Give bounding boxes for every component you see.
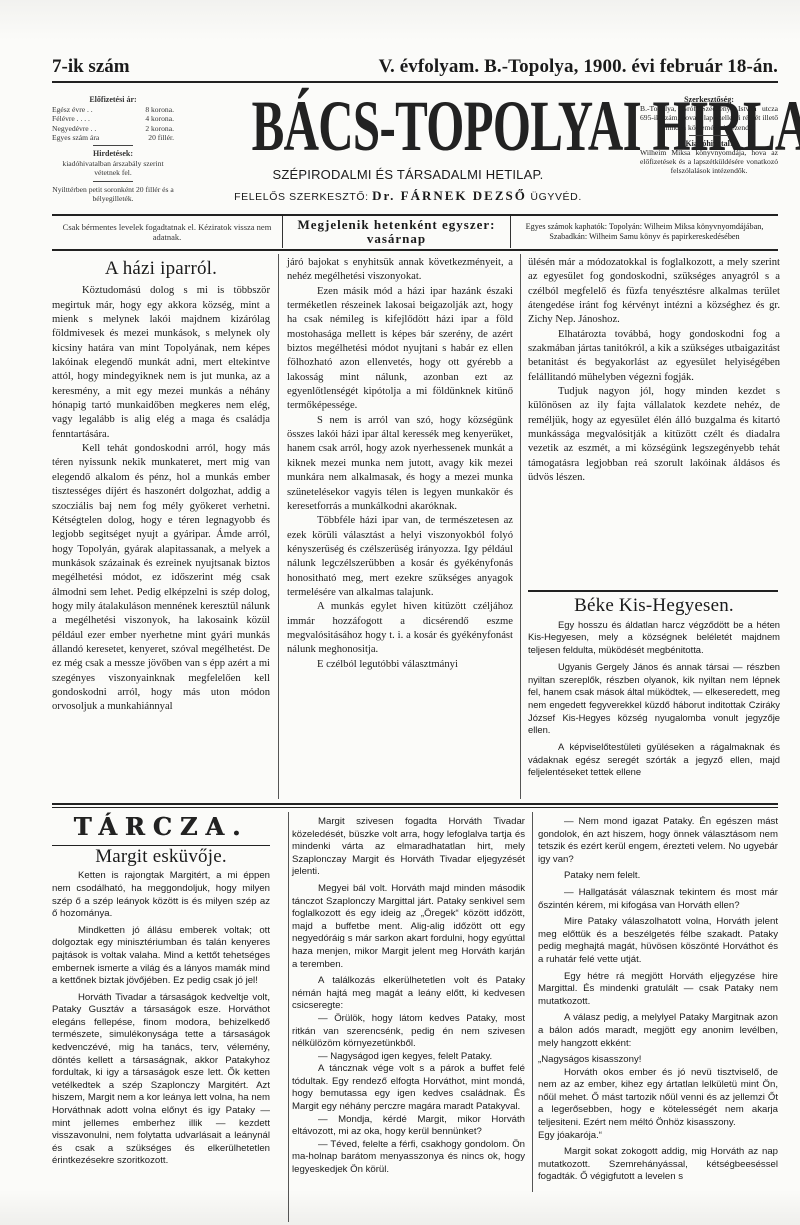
letters-notice: Csak bérmentes levelek fogadtatnak el. K… [52, 216, 282, 248]
feuilleton-heading: TÁRCZA. [52, 812, 270, 841]
nyilter-text: Nyilttérben petit soronként 20 fillér és… [52, 185, 174, 203]
infobar-rule [52, 249, 778, 251]
paragraph: Pataky nem felelt. [538, 870, 778, 883]
publisher-heading: Kiadóhivatal: [640, 139, 778, 148]
paragraph: A találkozás elkerülhetetlen volt és Pat… [292, 975, 525, 1013]
paragraph: Ezen másik mód a házi ipar hazánk északi… [287, 285, 513, 414]
feuilleton-rule-thin [52, 807, 778, 808]
article-2: Béke Kis-Hegyesen. Egy hosszu és áldatla… [528, 600, 780, 779]
feuilleton-rule [52, 803, 778, 805]
price-row: Egész évre . .8 korona. [52, 105, 174, 114]
paragraph: A munkás egylet hiven kitüzött czéljához… [287, 600, 513, 657]
paragraph: — Mondja, kérdé Margit, mikor Horváth el… [292, 1114, 525, 1139]
column-divider [532, 812, 533, 1192]
paragraph: A táncznak vége volt s a párok a buffet … [292, 1063, 525, 1113]
article-title: Béke Kis-Hegyesen. [528, 600, 780, 613]
paragraph: Elhatározta továbbá, hogy gondoskodni fo… [528, 328, 780, 385]
column-divider [288, 812, 289, 1222]
header-rule [52, 81, 778, 83]
paragraph: — Hallgatását válasznak tekintem és most… [538, 887, 778, 912]
issue-line: 7-ik szám V. évfolyam. B.-Topolya, 1900.… [52, 56, 778, 78]
paragraph: Ketten is rajongtak Margitért, a mi éppe… [52, 870, 270, 920]
letter-signature: Egy jóakarója.“ [538, 1130, 778, 1143]
masthead: BÁCS-TOPOLYAI HIRLAP. SZÉPIRODALMI ÉS TÁ… [178, 95, 638, 204]
article-column-1: A házi iparról. Köztudomású dolog s mi i… [52, 258, 270, 715]
subscription-box: Előfizetési ár: Egész évre . .8 korona. … [52, 95, 174, 203]
paragraph: Többféle házi ipar van, de természetesen… [287, 514, 513, 600]
paragraph: A válasz pedig, a melylyel Pataky Margit… [538, 1012, 778, 1050]
divider [93, 145, 133, 146]
newspaper-title: BÁCS-TOPOLYAI HIRLAP. [252, 95, 565, 157]
ads-heading: Hirdetések: [52, 149, 174, 158]
paragraph: Kell tehát gondoskodni arról, hogy más t… [52, 442, 270, 715]
price-row: Félévre . . . .4 korona. [52, 114, 174, 123]
feuilleton-column-3: — Nem mond igazat Pataky. Én egészen más… [538, 816, 778, 1184]
story-title: Margit esküvője. [52, 850, 270, 864]
editor-line: FELELŐS SZERKESZTŐ: Dr. FÁRNEK DEZSŐ ÜGY… [178, 188, 638, 204]
paragraph: Horváth Tivadar a társaságok kedveltje v… [52, 992, 270, 1168]
letter-body: Horváth okos ember és jó nevü tisztvisel… [538, 1067, 778, 1130]
paragraph: Mindketten jó állásu emberek voltak; ott… [52, 925, 270, 988]
paragraph: — Téved, felelte a férfi, csakhogy gondo… [292, 1139, 525, 1177]
paragraph: Köztudomású dolog s mi is többször megir… [52, 284, 270, 442]
editorial-office-box: Szerkesztőség: B.-Topolya, Gróf Szécheny… [640, 95, 778, 176]
publisher-text: Wilheim Miksa könyvnyomdája, hova az elő… [640, 148, 778, 176]
issue-number: 7-ik szám [52, 56, 130, 78]
paragraph: Mire Pataky válaszolhatott volna, Horvát… [538, 916, 778, 966]
newspaper-subtitle: SZÉPIRODALMI ÉS TÁRSADALMI HETILAP. [178, 167, 638, 182]
ads-text: kiadóhivatalban árszabály szerint vétetn… [52, 159, 174, 177]
paragraph: S nem is arról van szó, hogy községünk ö… [287, 414, 513, 514]
paragraph: A képviselőtestületi gyüléseken a rágalm… [528, 741, 780, 779]
divider [689, 135, 729, 136]
feuilleton-column-1: Margit esküvője. Ketten is rajongtak Mar… [52, 850, 270, 1168]
editorial-heading: Szerkesztőség: [640, 95, 778, 104]
subscription-heading: Előfizetési ár: [52, 95, 174, 104]
paragraph: ülésén már a módozatokkal is foglalkozot… [528, 256, 780, 328]
sales-notice: Egyes számok kaphatók: Topolyán: Wilheim… [510, 216, 778, 248]
publication-notice: Megjelenik hetenként egyszer: vasárnap [282, 216, 510, 248]
paragraph: Ugyanis Gergely János és annak társai — … [528, 661, 780, 737]
paragraph: Egy hosszu és áldatlan harcz végződött b… [528, 619, 780, 657]
paragraph: Tudjuk nagyon jól, hogy minden kezdet s … [528, 385, 780, 485]
paragraph: járó bajokat s enyhitsük annak következm… [287, 256, 513, 285]
feuilleton-column-2: Margit szivesen fogadta Horváth Tivadar … [292, 816, 525, 1177]
article-title: A házi iparról. [52, 262, 270, 276]
article-column-3: ülésén már a módozatokkal is foglalkozot… [528, 256, 780, 486]
paragraph: — Nem mond igazat Pataky. Én egészen más… [538, 816, 778, 866]
editorial-text: B.-Topolya, Gróf Széchenyi István utcza … [640, 104, 778, 132]
dateline: V. évfolyam. B.-Topolya, 1900. évi febru… [379, 56, 778, 78]
paragraph: Margit szivesen fogadta Horváth Tivadar … [292, 816, 525, 879]
price-row: Negyedévre . .2 korona. [52, 124, 174, 133]
divider [93, 181, 133, 182]
paragraph: Margit sokat zokogott addig, mig Horváth… [538, 1146, 778, 1184]
paragraph: Megyei bál volt. Horváth majd minden más… [292, 883, 525, 971]
price-row: Egyes szám ára20 fillér. [52, 133, 174, 142]
paragraph: Egy hétre rá megjött Horváth eljegyzése … [538, 971, 778, 1009]
paragraph: — Örülök, hogy látom kedves Pataky, most… [292, 1013, 525, 1051]
column-divider [520, 254, 521, 799]
paragraph: E czélból legutóbbi választmányi [287, 658, 513, 672]
letter-salutation: „Nagyságos kisasszony! [538, 1054, 778, 1067]
newspaper-page: 7-ik szám V. évfolyam. B.-Topolya, 1900.… [0, 0, 800, 1225]
info-bar: Csak bérmentes levelek fogadtatnak el. K… [52, 216, 778, 248]
editor-name: Dr. FÁRNEK DEZSŐ [372, 188, 527, 203]
article-column-2: járó bajokat s enyhitsük annak következm… [287, 256, 513, 672]
paragraph: — Nagyságod igen kegyes, felelt Pataky. [292, 1051, 525, 1064]
article-separator [528, 590, 778, 592]
column-divider [278, 254, 279, 799]
